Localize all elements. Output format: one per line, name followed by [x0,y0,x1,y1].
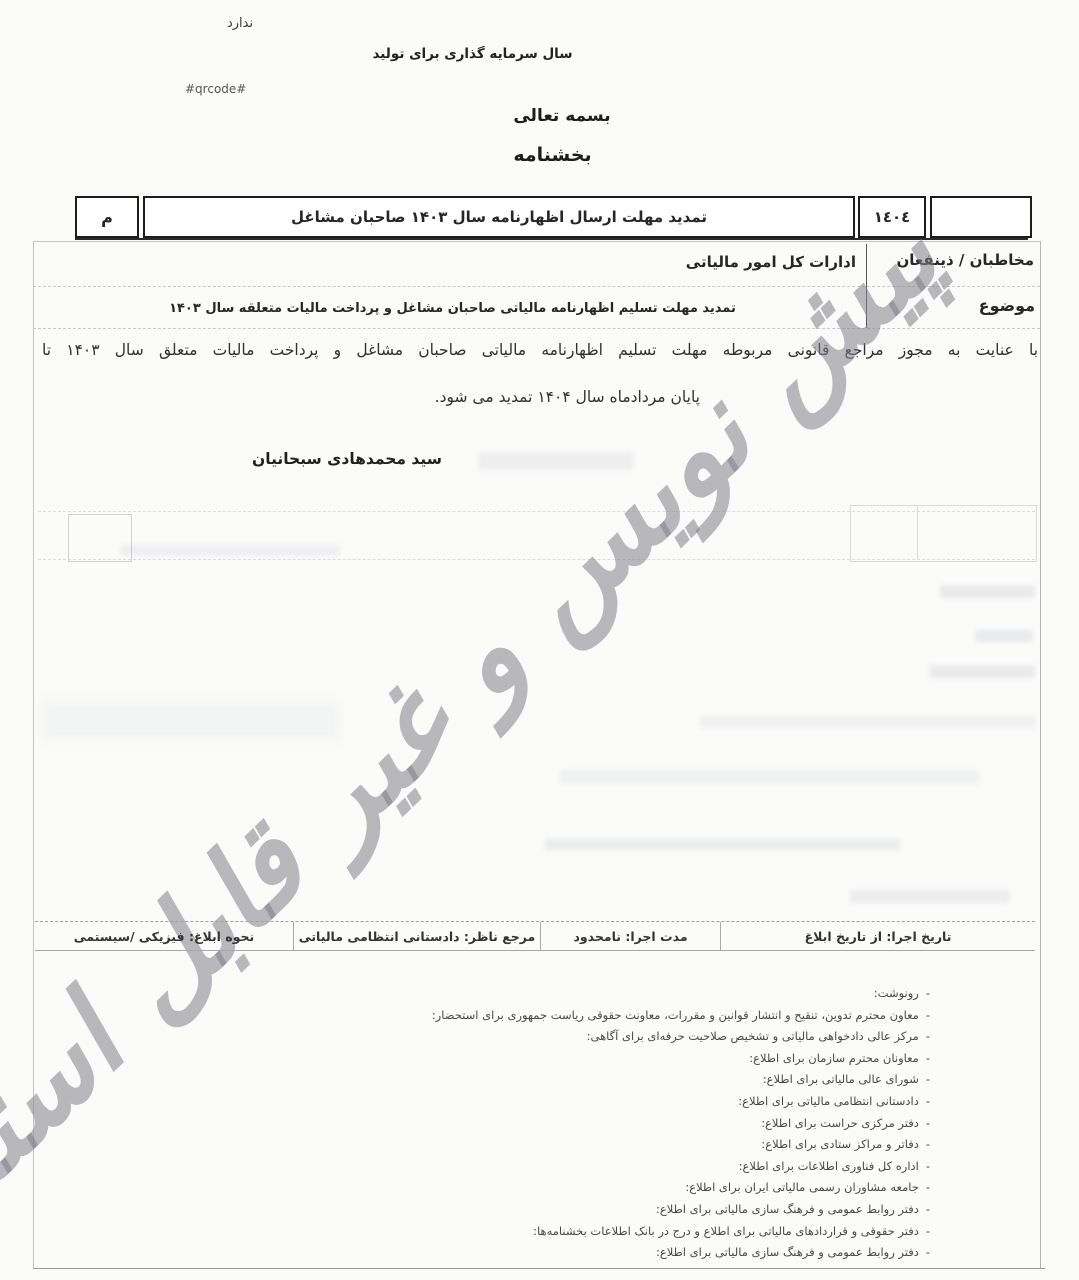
cc-bullet: - [926,1159,930,1173]
ghost-text-line [560,770,980,784]
ghost-text-line [930,665,1035,678]
ghost-text-line [940,585,1035,598]
subject-value: تمدید مهلت تسلیم اظهارنامه مالیاتی صاحبا… [45,301,860,316]
body-text-line-2: پایان مردادماه سال ۱۴۰۴ تمدید می شود. [42,388,1038,406]
footer-cell-supervisor: مرجع ناظر: دادستانی انتظامی مالیاتی [293,922,540,950]
year-slogan: سال سرمایه گذاری برای تولید [330,46,615,62]
cc-list-item: -جامعه مشاوران رسمی مالیاتی ایران برای ا… [460,1177,930,1199]
cc-bullet: - [926,1008,930,1022]
ghost-text-line [700,716,1035,728]
footer-cell-notification-method: نحوه ابلاغ: فیزیکی /سیستمی [35,922,293,950]
header-year-cell: ١٤٠٤ [858,196,926,238]
header-number-cell [930,196,1032,238]
cc-list-item: -رونوشت: [460,983,930,1005]
cc-bullet: - [926,1137,930,1151]
cc-bullet: - [926,1072,930,1086]
ghost-handwriting [478,452,633,470]
cc-list-item: -دفاتر و مراکز ستادی برای اطلاع: [460,1134,930,1156]
ghost-text-line [120,545,340,556]
cc-item-text: دفتر مرکزی حراست برای اطلاع: [761,1116,919,1130]
document-type-heading: بخشنامه [450,144,655,166]
cc-bullet: - [926,1094,930,1108]
cc-item-text: دفتر حقوقی و قراردادهای مالیاتی برای اطل… [533,1224,919,1238]
scanned-circular-document: ندارد سال سرمایه گذاری برای تولید #qrcod… [0,0,1079,1280]
ghost-text-line [545,838,900,851]
cc-bullet: - [926,986,930,1000]
main-frame-bottom-border [33,1268,1045,1269]
qrcode-placeholder: #qrcode# [185,82,246,96]
cc-list-item: -دفتر روابط عمومی و فرهنگ سازی مالیاتی ب… [460,1199,930,1221]
footer-cell-duration: مدت اجرا: نامحدود [540,922,720,950]
cc-list-item: -دفتر روابط عمومی و فرهنگ سازی مالیاتی ب… [460,1242,930,1264]
signatory-name: سید محمدهادی سبحانیان [222,450,472,468]
ghost-smudge [40,700,340,742]
footer-cell-execution-date: تاریخ اجرا: از تاریخ ابلاغ [720,922,1035,950]
main-frame-left-border [33,241,34,1268]
cc-bullet: - [926,1180,930,1194]
field-divider-line [866,244,867,328]
cc-list-item: -شورای عالی مالیاتی برای اطلاع: [460,1069,930,1091]
footer-metadata-table: تاریخ اجرا: از تاریخ ابلاغ مدت اجرا: نام… [35,921,1035,951]
cc-list-item: -معاونان محترم سازمان برای اطلاع: [460,1048,930,1070]
besmele-heading: بسمه تعالی [462,106,662,126]
ghost-text-line [975,630,1033,642]
cc-list-item: -اداره کل فناوری اطلاعات برای اطلاع: [460,1156,930,1178]
row-separator [33,328,1040,329]
recipients-value: ادارات کل امور مالیاتی [590,253,856,271]
cc-list-item: -دفتر مرکزی حراست برای اطلاع: [460,1113,930,1135]
cc-bullet: - [926,1116,930,1130]
cc-list-item: -معاون محترم تدوین، تنقیح و انتشار قوانی… [460,1005,930,1027]
ghost-text-line [850,890,1010,903]
cc-bullet: - [926,1245,930,1259]
header-category-cell: م [75,196,139,238]
cc-list-item: -دفتر حقوقی و قراردادهای مالیاتی برای اط… [460,1221,930,1243]
cc-list: -رونوشت: -معاون محترم تدوین، تنقیح و انت… [460,983,930,1264]
cc-list-item: -مرکز عالی دادخواهی مالیاتی و تشخیص صلاح… [460,1026,930,1048]
cc-item-text: معاونان محترم سازمان برای اطلاع: [749,1051,919,1065]
cc-list-item: -دادستانی انتظامی مالیاتی برای اطلاع: [460,1091,930,1113]
cc-item-text: دفتر روابط عمومی و فرهنگ سازی مالیاتی بر… [656,1245,919,1259]
attachment-status-label: ندارد [195,16,285,31]
cc-item-text: دفاتر و مراکز ستادی برای اطلاع: [761,1137,918,1151]
main-frame-right-border [1040,241,1041,1268]
cc-bullet: - [926,1051,930,1065]
recipients-label: مخاطبان / ذینفعان [872,251,1034,269]
body-text-line-1: با عنایت به مجوز مراجع قانونی مربوطه مهل… [42,337,1038,363]
row-separator [33,286,1040,287]
header-title-cell: تمدید مهلت ارسال اظهارنامه سال ۱۴۰۳ صاحب… [143,196,855,238]
cc-item-text: معاون محترم تدوین، تنقیح و انتشار قوانین… [432,1008,919,1022]
cc-bullet: - [926,1029,930,1043]
main-frame-top-border [33,241,1040,242]
header-underline [75,238,1028,240]
cc-item-text: دادستانی انتظامی مالیاتی برای اطلاع: [738,1094,919,1108]
cc-bullet: - [926,1202,930,1216]
ghost-table-fragment [850,505,1037,562]
cc-bullet: - [926,1224,930,1238]
cc-item-text: دفتر روابط عمومی و فرهنگ سازی مالیاتی بر… [656,1202,919,1216]
cc-item-text: جامعه مشاوران رسمی مالیاتی ایران برای اط… [685,1180,919,1194]
cc-item-text: مرکز عالی دادخواهی مالیاتی و تشخیص صلاحی… [587,1029,919,1043]
cc-item-text: اداره کل فناوری اطلاعات برای اطلاع: [739,1159,919,1173]
cc-item-text: شورای عالی مالیاتی برای اطلاع: [763,1072,919,1086]
subject-label: موضوع [945,296,1035,315]
cc-item-text: رونوشت: [874,986,919,1000]
ghost-table-fragment-divider [917,505,918,560]
